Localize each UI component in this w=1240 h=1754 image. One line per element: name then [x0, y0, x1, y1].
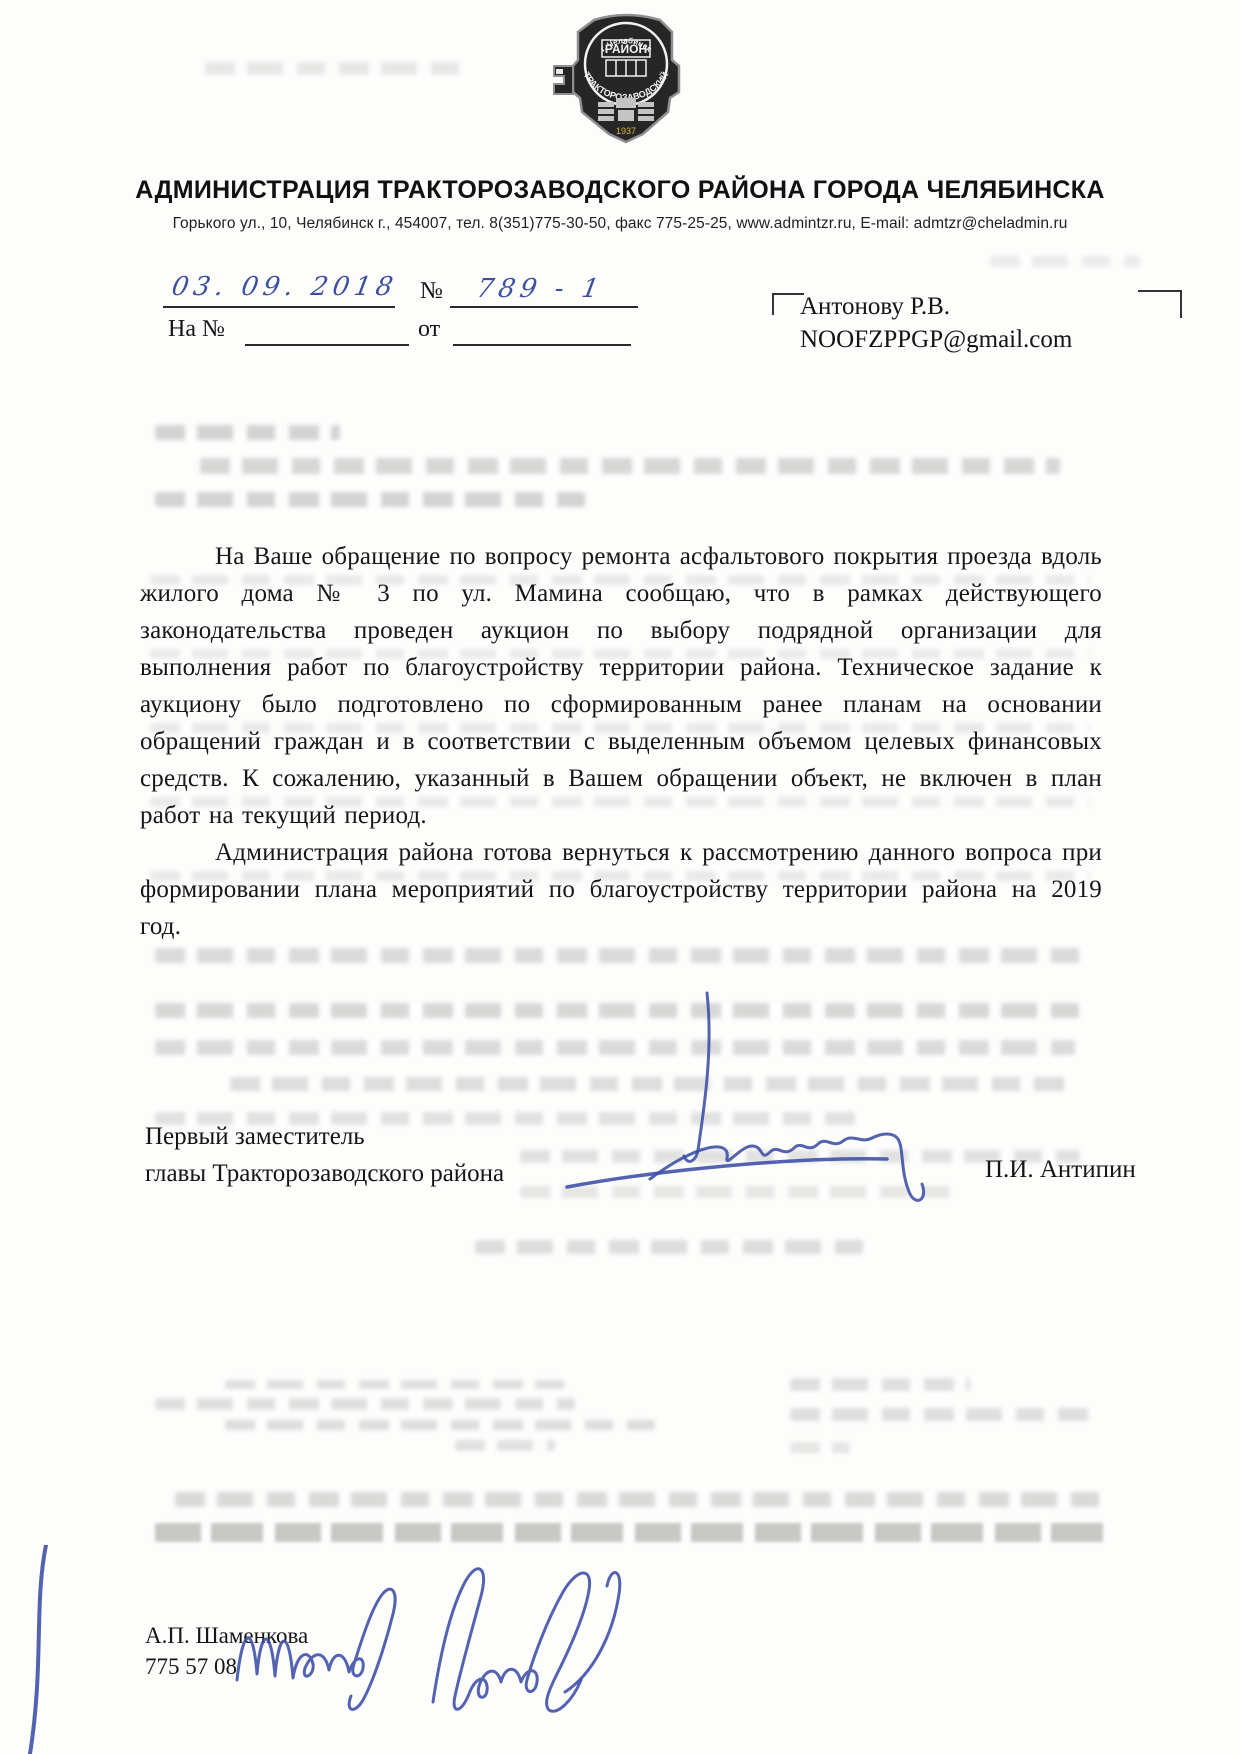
bleed-through-mark — [175, 1492, 1105, 1507]
emblem-graphic: г. Челябинск РАЙОН ТРАКТОРОЗАВОДСКИЙ 193… — [548, 6, 704, 146]
recipient-block: Антонову Р.В. NOOFZPPGP@gmail.com — [800, 290, 1072, 356]
bleed-through-mark — [155, 425, 340, 440]
recipient-email: NOOFZPPGP@gmail.com — [800, 323, 1072, 356]
signatory-position-line2: главы Тракторозаводского района — [145, 1155, 504, 1192]
contact-line: Горького ул., 10, Челябинск г., 454007, … — [0, 215, 1240, 233]
signatory-name: П.И. Антипин — [985, 1156, 1136, 1184]
bleed-through-mark — [790, 1378, 970, 1391]
stray-pen-stroke — [24, 1545, 58, 1754]
reply-number-underline — [245, 344, 409, 346]
bleed-through-mark — [455, 1440, 555, 1451]
antipin-signature-strokes — [555, 985, 1000, 1215]
shamenkova-signature — [225, 1552, 655, 1742]
reply-to-label: На № — [168, 316, 225, 343]
antipin-signature — [555, 985, 1000, 1220]
number-label: № — [420, 278, 443, 305]
letter-date-handwritten: 03. 09. 2018 — [169, 272, 400, 302]
emblem-center-text: РАЙОН — [605, 41, 647, 56]
number-underline — [450, 306, 638, 308]
letter-number-handwritten: 789 - 1 — [474, 274, 606, 304]
shamenkova-signature-strokes — [225, 1552, 655, 1737]
signatory-position-line1: Первый заместитель — [145, 1118, 504, 1155]
bleed-through-mark — [790, 1408, 1100, 1421]
body-paragraph-2: Администрация района готова вернуться к … — [140, 834, 1102, 945]
bleed-through-mark — [155, 1398, 575, 1410]
body-paragraph-1: На Ваше обращение по вопросу ремонта асф… — [140, 538, 1102, 834]
district-emblem: г. Челябинск РАЙОН ТРАКТОРОЗАВОДСКИЙ 193… — [548, 6, 704, 146]
recipient-name: Антонову Р.В. — [800, 290, 1072, 323]
date-underline — [163, 306, 395, 308]
bleed-through-mark — [200, 458, 1060, 474]
bleed-through-mark — [155, 948, 1085, 963]
letter-body: На Ваше обращение по вопросу ремонта асф… — [140, 538, 1102, 945]
bleed-through-mark — [155, 492, 585, 507]
bleed-through-mark — [205, 62, 465, 75]
bleed-through-mark — [225, 1380, 565, 1389]
organization-title: АДМИНИСТРАЦИЯ ТРАКТОРОЗАВОДСКОГО РАЙОНА … — [0, 176, 1240, 205]
bleed-through-mark — [155, 1523, 1105, 1542]
from-date-underline — [453, 344, 631, 346]
from-label: от — [418, 316, 440, 343]
signatory-position: Первый заместитель главы Тракторозаводск… — [145, 1118, 504, 1192]
bleed-through-mark — [990, 256, 1140, 267]
address-corner-mark-right — [1138, 290, 1182, 318]
bleed-through-mark — [225, 1420, 655, 1430]
bleed-through-mark — [475, 1240, 865, 1254]
bleed-through-mark — [790, 1442, 850, 1453]
emblem-year: 1937 — [616, 126, 636, 136]
